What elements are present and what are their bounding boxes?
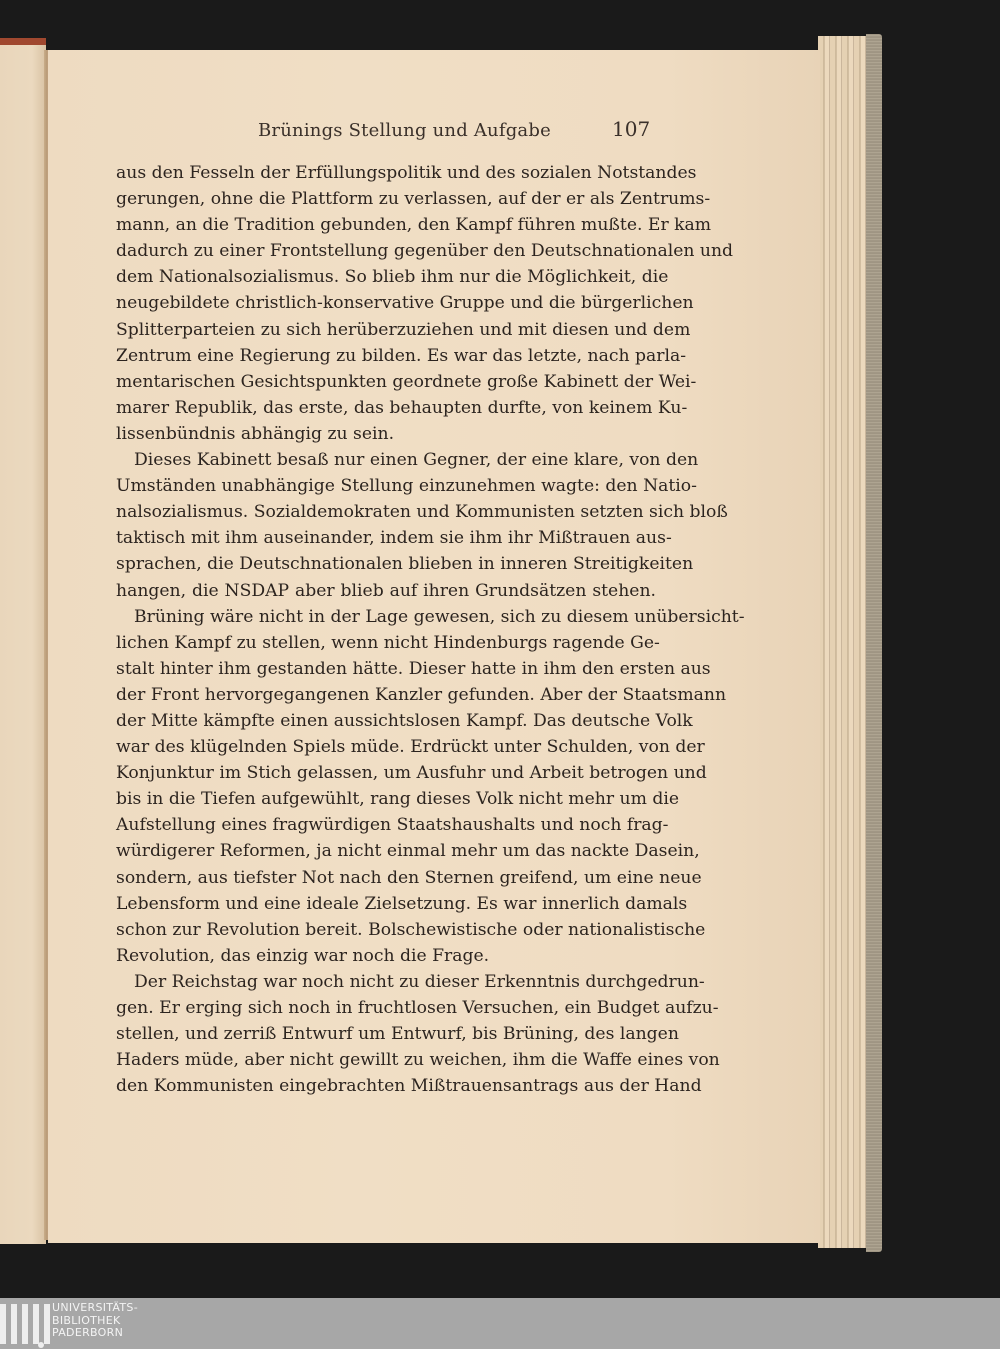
text-line: Umständen unabhängige Stellung einzunehm… <box>116 473 656 499</box>
text-line: Zentrum eine Regierung zu bilden. Es war… <box>116 343 656 369</box>
text-line: würdigerer Reformen, ja nicht einmal meh… <box>116 838 656 864</box>
text-line: mentarischen Gesichtspunkten geordnete g… <box>116 369 656 395</box>
text-line: neugebildete christlich-konservative Gru… <box>116 290 656 316</box>
text-line: hangen, die NSDAP aber blieb auf ihren G… <box>116 578 656 604</box>
text-line: Splitterparteien zu sich herüberzuziehen… <box>116 317 656 343</box>
text-line: Haders müde, aber nicht gewillt zu weich… <box>116 1047 656 1073</box>
logo-line: PADERBORN <box>52 1327 138 1340</box>
text-line: sprachen, die Deutschnationalen blieben … <box>116 551 656 577</box>
page-block-edges <box>818 36 870 1248</box>
library-logo-text: UNIVERSITÄTS- BIBLIOTHEK PADERBORN <box>52 1302 138 1340</box>
text-line: gen. Er erging sich noch in fruchtlosen … <box>116 995 656 1021</box>
paragraph-3: Brüning wäre nicht in der Lage gewesen, … <box>116 604 656 969</box>
text-line: lichen Kampf zu stellen, wenn nicht Hind… <box>116 630 656 656</box>
text-line: aus den Fesseln der Erfüllungspolitik un… <box>116 160 656 186</box>
text-line: taktisch mit ihm auseinander, indem sie … <box>116 525 656 551</box>
text-line: Lebensform und eine ideale Zielsetzung. … <box>116 891 656 917</box>
text-line: Konjunktur im Stich gelassen, um Ausfuhr… <box>116 760 656 786</box>
book-cover-edge <box>866 34 882 1252</box>
text-line: dem Nationalsozialismus. So blieb ihm nu… <box>116 264 656 290</box>
text-line: dadurch zu einer Frontstellung gegenüber… <box>116 238 656 264</box>
paragraph-1: aus den Fesseln der Erfüllungspolitik un… <box>116 160 656 447</box>
body-text: aus den Fesseln der Erfüllungspolitik un… <box>116 160 656 1099</box>
text-line: der Mitte kämpfte einen aussichtslosen K… <box>116 708 656 734</box>
left-page-edge <box>0 44 46 1244</box>
logo-line: UNIVERSITÄTS- <box>52 1302 138 1315</box>
text-line: war des klügelnden Spiels müde. Erdrückt… <box>116 734 656 760</box>
text-line: sondern, aus tiefster Not nach den Stern… <box>116 865 656 891</box>
text-line: Revolution, das einzig war noch die Frag… <box>116 943 656 969</box>
running-head: Brünings Stellung und Aufgabe <box>258 120 551 141</box>
text-line: Der Reichstag war noch nicht zu dieser E… <box>116 969 656 995</box>
text-line: mann, an die Tradition gebunden, den Kam… <box>116 212 656 238</box>
text-line: marer Republik, das erste, das behaupten… <box>116 395 656 421</box>
library-footer: UNIVERSITÄTS- BIBLIOTHEK PADERBORN <box>0 1298 1000 1349</box>
paragraph-4: Der Reichstag war noch nicht zu dieser E… <box>116 969 656 1099</box>
text-line: Aufstellung eines fragwürdigen Staatshau… <box>116 812 656 838</box>
text-line: stalt hinter ihm gestanden hätte. Dieser… <box>116 656 656 682</box>
text-line: der Front hervorgegangenen Kanzler gefun… <box>116 682 656 708</box>
text-line: gerungen, ohne die Plattform zu verlasse… <box>116 186 656 212</box>
text-line: nalsozialismus. Sozialdemokraten und Kom… <box>116 499 656 525</box>
text-line: lissenbündnis abhängig zu sein. <box>116 421 656 447</box>
text-line: den Kommunisten eingebrachten Mißtrauens… <box>116 1073 656 1099</box>
red-head-edge <box>0 38 46 45</box>
text-line: schon zur Revolution bereit. Bolschewist… <box>116 917 656 943</box>
text-line: bis in die Tiefen aufgewühlt, rang diese… <box>116 786 656 812</box>
text-line: Dieses Kabinett besaß nur einen Gegner, … <box>116 447 656 473</box>
text-line: Brüning wäre nicht in der Lage gewesen, … <box>116 604 656 630</box>
page-number: 107 <box>612 117 650 141</box>
text-line: stellen, und zerriß Entwurf um Entwurf, … <box>116 1021 656 1047</box>
logo-dot-icon <box>38 1342 44 1348</box>
paragraph-2: Dieses Kabinett besaß nur einen Gegner, … <box>116 447 656 604</box>
